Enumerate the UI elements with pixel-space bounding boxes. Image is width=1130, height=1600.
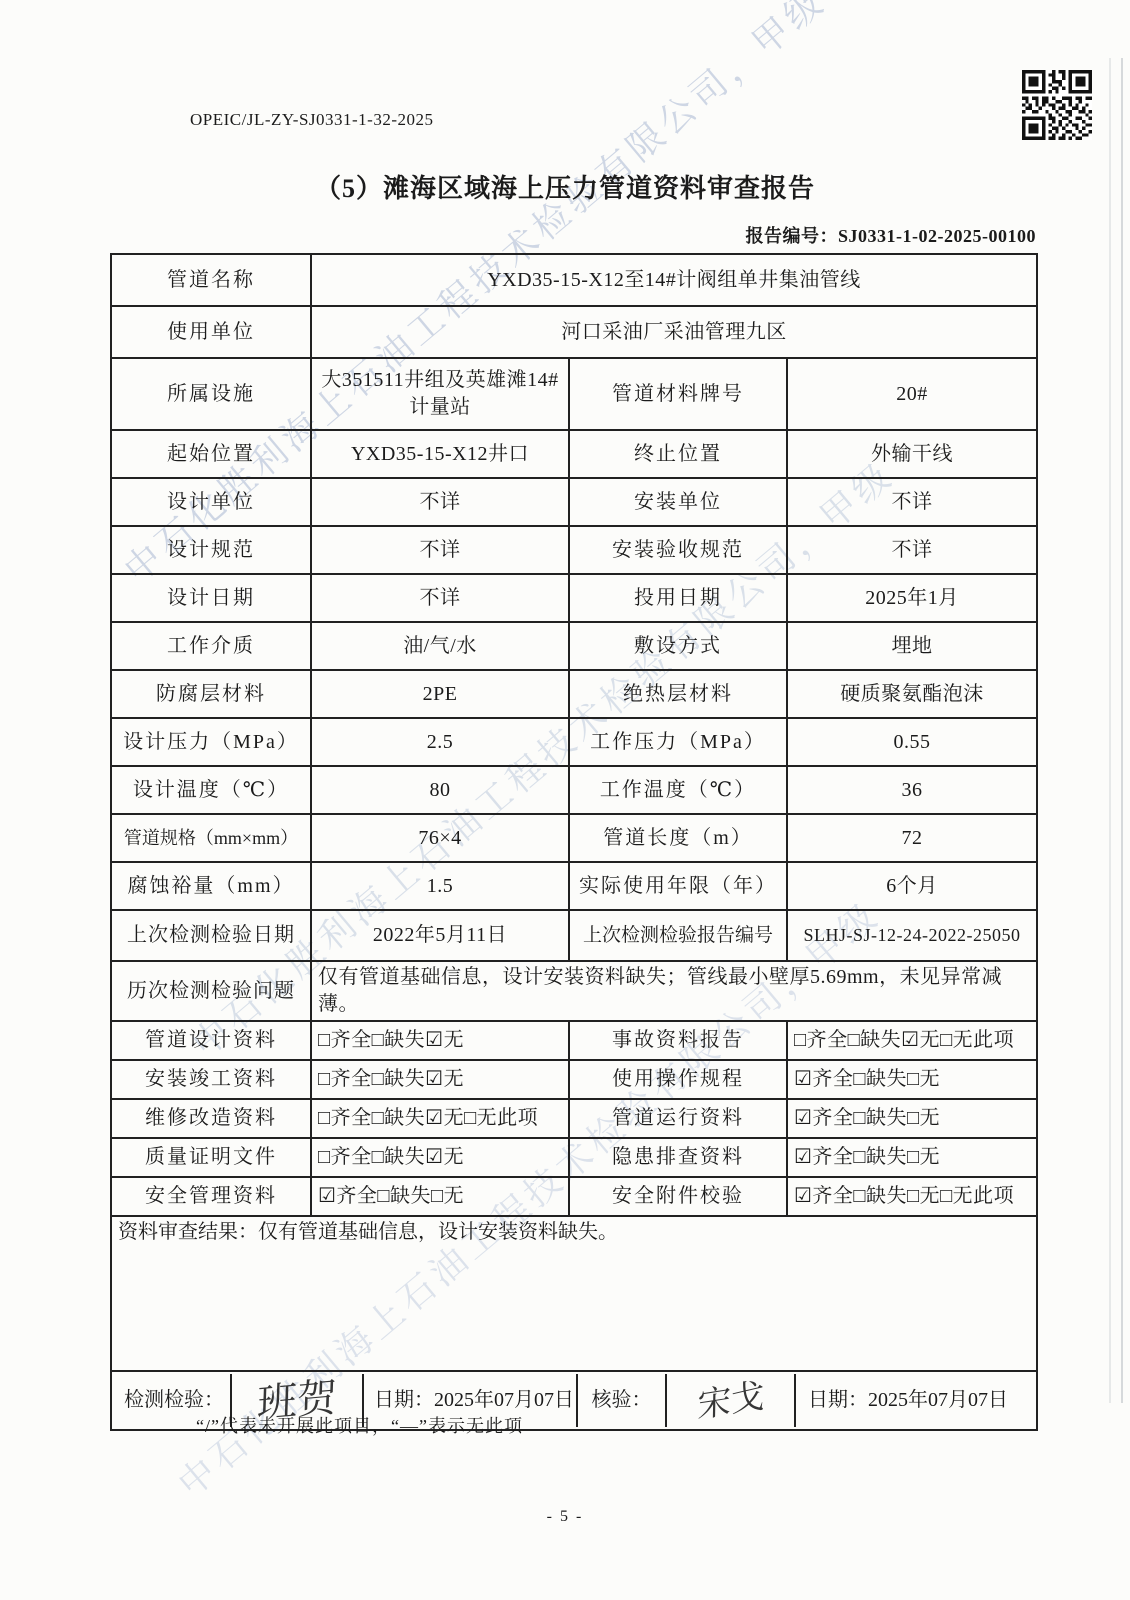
qr-code-icon — [1022, 70, 1092, 140]
field-value-cell: 河口采油厂采油管理九区 — [311, 306, 1037, 358]
table-row: 使用单位河口采油厂采油管理九区 — [111, 306, 1037, 358]
scanned-report-page: 中石化胜利海上石油工程技术检验有限公司，甲级 中石化胜利海上石油工程技术检验有限… — [0, 0, 1130, 1600]
field-value-cell: 1.5 — [311, 862, 569, 910]
table-row: 管道设计资料□齐全□缺失☑无事故资料报告□齐全□缺失☑无□无此项 — [111, 1021, 1037, 1060]
page-number: - 5 - — [0, 1508, 1130, 1526]
table-row: 设计温度（℃）80工作温度（℃）36 — [111, 766, 1037, 814]
field-label-cell: 事故资料报告 — [569, 1021, 787, 1060]
table-row: 设计单位不详安装单位不详 — [111, 478, 1037, 526]
field-label-cell: 起始位置 — [111, 430, 311, 478]
table-row: 防腐层材料2PE绝热层材料硬质聚氨酯泡沫 — [111, 670, 1037, 718]
table-row: 历次检测检验问题仅有管道基础信息，设计安装资料缺失；管线最小壁厚5.69mm，未… — [111, 961, 1037, 1021]
field-label-cell: 实际使用年限（年） — [569, 862, 787, 910]
field-label-cell: 所属设施 — [111, 358, 311, 430]
legend-note: “/”代表未开展此项目，“—”表示无此项 — [196, 1412, 523, 1438]
table-row: 管道规格（mm×mm）76×4管道长度（m）72 — [111, 814, 1037, 862]
field-value-cell: 2PE — [311, 670, 569, 718]
review-result-cell: 资料审查结果：仅有管道基础信息，设计安装资料缺失。 — [111, 1216, 1037, 1371]
field-value-cell: □齐全□缺失☑无 — [311, 1060, 569, 1099]
field-label-cell: 设计单位 — [111, 478, 311, 526]
field-value-cell: 80 — [311, 766, 569, 814]
field-label-cell: 绝热层材料 — [569, 670, 787, 718]
field-value-cell: 20# — [787, 358, 1037, 430]
field-value-cell: 72 — [787, 814, 1037, 862]
scan-artifact-line — [1109, 58, 1111, 1403]
report-number: 报告编号：SJ0331-1-02-2025-00100 — [746, 222, 1037, 248]
field-value-cell: YXD35-15-X12至14#计阀组单井集油管线 — [311, 254, 1037, 306]
table-row: 安全管理资料☑齐全□缺失□无安全附件校验☑齐全□缺失□无□无此项 — [111, 1177, 1037, 1216]
field-value-cell: 36 — [787, 766, 1037, 814]
field-value-cell: ☑齐全□缺失□无 — [787, 1060, 1037, 1099]
field-label-cell: 安装验收规范 — [569, 526, 787, 574]
field-label-cell: 设计温度（℃） — [111, 766, 311, 814]
field-value-cell: YXD35-15-X12井口 — [311, 430, 569, 478]
field-value-cell: ☑齐全□缺失□无 — [311, 1177, 569, 1216]
field-label-cell: 上次检测检验日期 — [111, 910, 311, 961]
report-table-body: 管道名称YXD35-15-X12至14#计阀组单井集油管线使用单位河口采油厂采油… — [111, 254, 1037, 1216]
field-label-cell: 终止位置 — [569, 430, 787, 478]
field-value-cell: 不详 — [787, 478, 1037, 526]
field-label-cell: 工作温度（℃） — [569, 766, 787, 814]
table-row: 安装竣工资料□齐全□缺失☑无使用操作规程☑齐全□缺失□无 — [111, 1060, 1037, 1099]
field-label-cell: 防腐层材料 — [111, 670, 311, 718]
field-label-cell: 上次检测检验报告编号 — [569, 910, 787, 961]
field-value-cell: 2025年1月 — [787, 574, 1037, 622]
field-value-cell: SLHJ-SJ-12-24-2022-25050 — [787, 910, 1037, 961]
field-label-cell: 设计压力（MPa） — [111, 718, 311, 766]
field-label-cell: 管道材料牌号 — [569, 358, 787, 430]
field-label-cell: 工作压力（MPa） — [569, 718, 787, 766]
field-label-cell: 管道名称 — [111, 254, 311, 306]
field-label-cell: 维修改造资料 — [111, 1099, 311, 1138]
field-value-cell: □齐全□缺失☑无□无此项 — [787, 1021, 1037, 1060]
field-value-cell: 不详 — [311, 478, 569, 526]
field-value-cell: □齐全□缺失☑无 — [311, 1138, 569, 1177]
field-label-cell: 安装竣工资料 — [111, 1060, 311, 1099]
field-label-cell: 腐蚀裕量（mm） — [111, 862, 311, 910]
field-value-cell: 大351511井组及英雄滩14#计量站 — [311, 358, 569, 430]
field-label-cell: 质量证明文件 — [111, 1138, 311, 1177]
table-row: 上次检测检验日期2022年5月11日上次检测检验报告编号SLHJ-SJ-12-2… — [111, 910, 1037, 961]
field-value-cell: 0.55 — [787, 718, 1037, 766]
field-value-cell: 2.5 — [311, 718, 569, 766]
table-row: 设计规范不详安装验收规范不详 — [111, 526, 1037, 574]
field-label-cell: 使用单位 — [111, 306, 311, 358]
field-label-cell: 历次检测检验问题 — [111, 961, 311, 1021]
field-label-cell: 安全附件校验 — [569, 1177, 787, 1216]
field-label-cell: 工作介质 — [111, 622, 311, 670]
table-row: 质量证明文件□齐全□缺失☑无隐患排查资料☑齐全□缺失□无 — [111, 1138, 1037, 1177]
field-label-cell: 使用操作规程 — [569, 1060, 787, 1099]
field-label-cell: 隐患排查资料 — [569, 1138, 787, 1177]
review-result-row: 资料审查结果：仅有管道基础信息，设计安装资料缺失。 — [111, 1216, 1037, 1371]
field-value-cell: □齐全□缺失☑无□无此项 — [311, 1099, 569, 1138]
table-row: 腐蚀裕量（mm）1.5实际使用年限（年）6个月 — [111, 862, 1037, 910]
table-row: 所属设施大351511井组及英雄滩14#计量站管道材料牌号20# — [111, 358, 1037, 430]
field-label-cell: 安装单位 — [569, 478, 787, 526]
field-value-cell: ☑齐全□缺失□无□无此项 — [787, 1177, 1037, 1216]
field-label-cell: 安全管理资料 — [111, 1177, 311, 1216]
field-value-cell: 硬质聚氨酯泡沫 — [787, 670, 1037, 718]
field-value-cell: 埋地 — [787, 622, 1037, 670]
document-code: OPEIC/JL-ZY-SJ0331-1-32-2025 — [190, 110, 434, 130]
field-label-cell: 管道设计资料 — [111, 1021, 311, 1060]
field-value-cell: 外输干线 — [787, 430, 1037, 478]
table-row: 管道名称YXD35-15-X12至14#计阀组单井集油管线 — [111, 254, 1037, 306]
field-value-cell: 油/气/水 — [311, 622, 569, 670]
field-value-cell: ☑齐全□缺失□无 — [787, 1138, 1037, 1177]
reviewer-label: 核验： — [576, 1374, 665, 1427]
field-value-cell: 仅有管道基础信息，设计安装资料缺失；管线最小壁厚5.69mm，未见异常减薄。 — [311, 961, 1037, 1021]
scan-artifact-line — [1121, 58, 1123, 1403]
field-value-cell: 6个月 — [787, 862, 1037, 910]
field-label-cell: 设计日期 — [111, 574, 311, 622]
field-label-cell: 管道长度（m） — [569, 814, 787, 862]
reviewer-signature: 宋戈 — [665, 1374, 794, 1427]
reviewer-date: 日期：2025年07月07日 — [794, 1374, 1030, 1427]
field-value-cell: 76×4 — [311, 814, 569, 862]
field-value-cell: □齐全□缺失☑无 — [311, 1021, 569, 1060]
field-value-cell: 不详 — [311, 574, 569, 622]
field-label-cell: 敷设方式 — [569, 622, 787, 670]
table-row: 维修改造资料□齐全□缺失☑无□无此项管道运行资料☑齐全□缺失□无 — [111, 1099, 1037, 1138]
field-label-cell: 管道运行资料 — [569, 1099, 787, 1138]
field-value-cell: ☑齐全□缺失□无 — [787, 1099, 1037, 1138]
table-row: 设计压力（MPa）2.5工作压力（MPa）0.55 — [111, 718, 1037, 766]
field-label-cell: 投用日期 — [569, 574, 787, 622]
field-value-cell: 不详 — [311, 526, 569, 574]
table-row: 起始位置YXD35-15-X12井口终止位置外输干线 — [111, 430, 1037, 478]
table-row: 工作介质油/气/水敷设方式埋地 — [111, 622, 1037, 670]
field-value-cell: 2022年5月11日 — [311, 910, 569, 961]
table-row: 设计日期不详投用日期2025年1月 — [111, 574, 1037, 622]
page-title: （5）滩海区域海上压力管道资料审查报告 — [0, 168, 1130, 205]
field-label-cell: 设计规范 — [111, 526, 311, 574]
report-table: 管道名称YXD35-15-X12至14#计阀组单井集油管线使用单位河口采油厂采油… — [110, 253, 1036, 1431]
field-value-cell: 不详 — [787, 526, 1037, 574]
field-label-cell: 管道规格（mm×mm） — [111, 814, 311, 862]
